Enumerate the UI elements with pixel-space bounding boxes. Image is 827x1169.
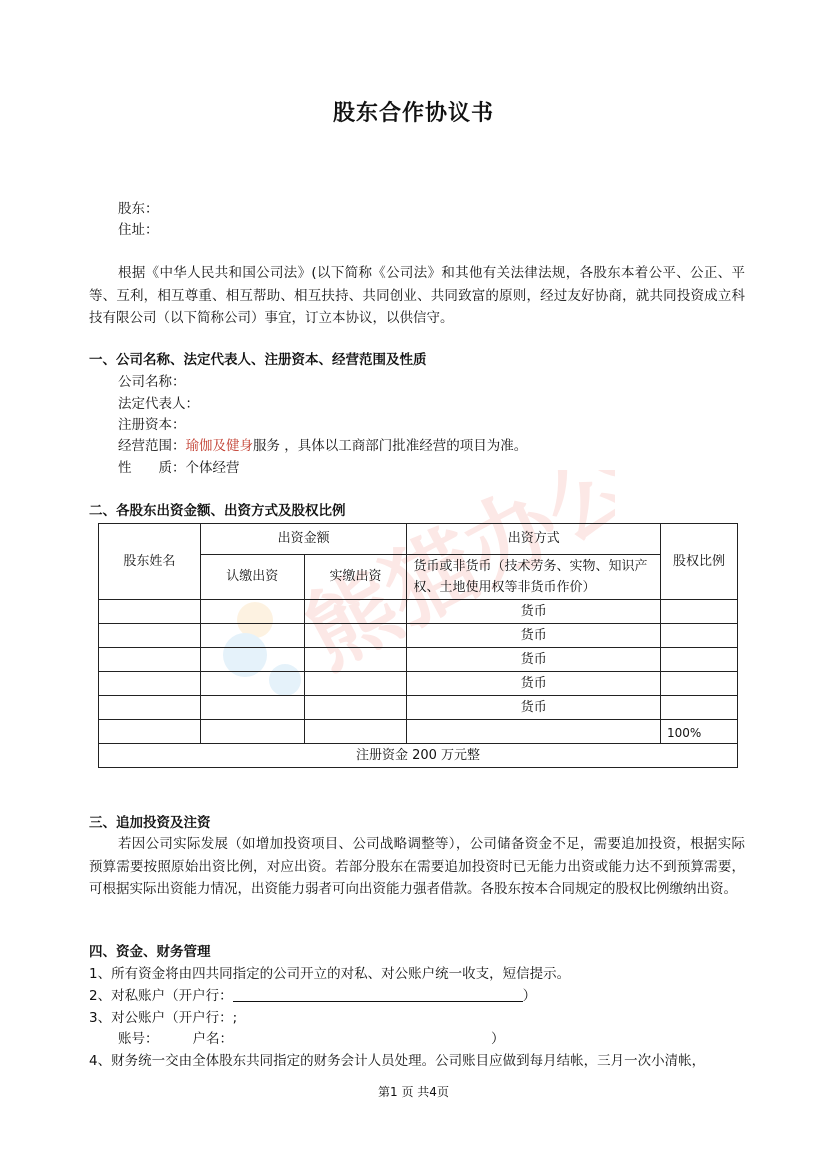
preamble-paragraph: 根据《中华人民共和国公司法》(以下简称《公司法》和其他有关法律法规，各股东本着公…	[89, 262, 745, 330]
cell-subscribed	[200, 648, 304, 672]
section3-paragraph: 若因公司实际发展（如增加投资项目、公司战略调整等），公司储备资金不足，需要追加投…	[89, 833, 745, 901]
cell-name	[99, 696, 201, 720]
cell-name	[99, 672, 201, 696]
cell-subscribed	[200, 624, 304, 648]
company-name-label: 公司名称：	[118, 371, 186, 393]
table-row-total: 100%	[99, 720, 738, 744]
cell-ratio	[661, 672, 738, 696]
table-row: 货币	[99, 624, 738, 648]
header-contribution-method: 出资方式	[407, 524, 661, 555]
section3-heading: 三、追加投资及注资	[89, 812, 211, 834]
scope-highlight: 瑜伽及健身	[186, 438, 254, 454]
account-name-label: 户名：	[193, 1031, 234, 1047]
cell-method: 货币	[407, 648, 661, 672]
nature-value: 个体经营	[186, 460, 240, 476]
cell-method: 货币	[407, 696, 661, 720]
cell-paid	[304, 648, 407, 672]
section3-text: 若因公司实际发展（如增加投资项目、公司战略调整等），公司储备资金不足，需要追加投…	[89, 836, 745, 897]
cell-paid	[304, 720, 407, 744]
preamble-text: 根据《中华人民共和国公司法》(以下简称《公司法》和其他有关法律法规，各股东本着公…	[89, 265, 745, 326]
cell-paid	[304, 624, 407, 648]
cell-method	[407, 720, 661, 744]
business-scope-line: 经营范围：瑜伽及健身服务 ，具体以工商部门批准经营的项目为准。	[118, 435, 527, 457]
header-method-detail: 货币或非货币（技术劳务、实物、知识产权、土地使用权等非货币作价）	[407, 555, 661, 600]
cell-method: 货币	[407, 624, 661, 648]
account-info-line: 账号：户名：）	[118, 1028, 505, 1050]
section4-heading: 四、资金、财务管理	[89, 941, 211, 963]
table-row: 货币	[99, 696, 738, 720]
cell-ratio	[661, 600, 738, 624]
cell-subscribed	[200, 672, 304, 696]
cell-method: 货币	[407, 600, 661, 624]
section2-heading: 二、各股东出资金额、出资方式及股权比例	[89, 500, 346, 522]
page-number: 第1 页 共4页	[0, 1083, 827, 1100]
document-title: 股东合作协议书	[0, 96, 827, 127]
cell-ratio	[661, 648, 738, 672]
private-account-bank-blank	[233, 987, 523, 1002]
section4-item4: 4、财务统一交由全体股东共同指定的财务会计人员处理。公司账目应做到每月结帐，三月…	[89, 1050, 705, 1072]
registered-capital-label: 注册资本：	[118, 414, 186, 436]
table-row: 货币	[99, 648, 738, 672]
header-paid: 实缴出资	[304, 555, 407, 600]
header-equity-ratio: 股权比例	[661, 524, 738, 600]
cell-name	[99, 600, 201, 624]
legal-rep-label: 法定代表人：	[118, 393, 199, 415]
section1-heading: 一、公司名称、法定代表人、注册资本、经营范围及性质	[89, 349, 427, 371]
section4-item3: 3、对公账户（开户行：;	[89, 1007, 237, 1029]
cell-paid	[304, 696, 407, 720]
table-row: 货币	[99, 672, 738, 696]
section4-item1: 1、所有资金将由四共同指定的公司开立的对私、对公账户统一收支，短信提示。	[89, 963, 570, 985]
cell-paid	[304, 672, 407, 696]
cell-name	[99, 624, 201, 648]
registered-capital-total: 注册资金 200 万元整	[99, 744, 738, 768]
private-account-label: 2、对私账户（开户行：	[89, 988, 233, 1004]
account-no-label: 账号：	[118, 1031, 159, 1047]
cell-subscribed	[200, 720, 304, 744]
account-close: ）	[491, 1031, 505, 1047]
capital-contribution-table: 股东姓名 出资金额 出资方式 股权比例 认缴出资 实缴出资 货币或非货币（技术劳…	[98, 523, 738, 768]
cell-paid	[304, 600, 407, 624]
private-account-close: ）	[523, 988, 537, 1004]
header-subscribed: 认缴出资	[200, 555, 304, 600]
cell-ratio	[661, 696, 738, 720]
cell-subscribed	[200, 696, 304, 720]
scope-rest: 服务 ，具体以工商部门批准经营的项目为准。	[253, 438, 527, 454]
address-label: 住址：	[118, 219, 159, 241]
shareholder-label: 股东：	[118, 198, 159, 220]
cell-name	[99, 648, 201, 672]
section4-item2: 2、对私账户（开户行：）	[89, 985, 536, 1007]
header-contribution-amount: 出资金额	[200, 524, 407, 555]
nature-label: 性 质：	[118, 460, 186, 476]
cell-name	[99, 720, 201, 744]
scope-label: 经营范围：	[118, 438, 186, 454]
cell-ratio: 100%	[661, 720, 738, 744]
table-row: 货币	[99, 600, 738, 624]
cell-method: 货币	[407, 672, 661, 696]
cell-ratio	[661, 624, 738, 648]
nature-line: 性 质：个体经营	[118, 457, 240, 479]
cell-subscribed	[200, 600, 304, 624]
header-shareholder-name: 股东姓名	[99, 524, 201, 600]
